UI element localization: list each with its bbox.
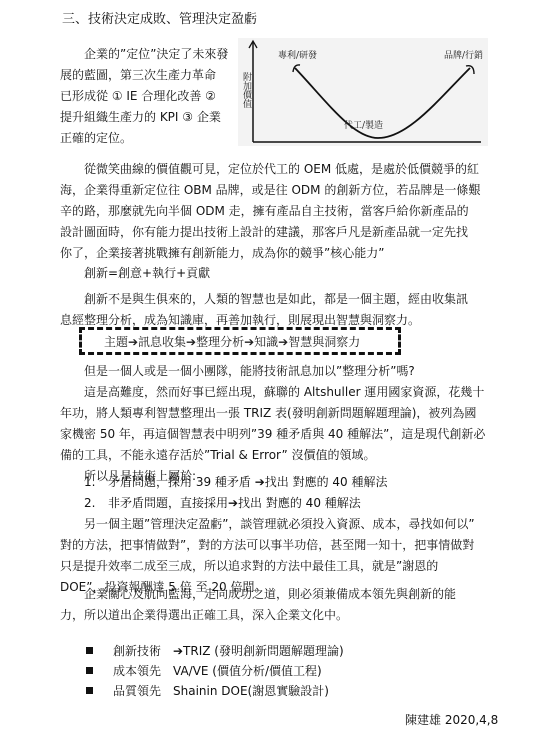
smile-curve-diagram: 附加價值 專利/研發 品牌/行銷 代工/製造 [238, 38, 488, 146]
list-item: 2.非矛盾問題，直接採用➔找出 對應的 40 種解法 [84, 493, 387, 514]
bullet-value: ➔TRIZ (發明創新問題解題理論) [173, 644, 344, 658]
document-page: 三、技術決定成敗、管理決定盈虧 企業的”定位”決定了未來發 展的藍圖，第三次生產… [0, 0, 541, 742]
bullet-value: VA/VE (價值分析/價值工程) [173, 664, 322, 678]
text-line: 海，企業得重新定位往 OBM 品牌，或是往 ODM 的創新方位，若品牌是一條艱 [60, 180, 480, 201]
text-line: 你了，企業接著挑戰擁有創新能力，成為你的競爭”核心能力” [60, 243, 480, 264]
bottom-label: 代工/製造 [344, 118, 383, 131]
bullet-label: 創新技術 [113, 641, 173, 661]
bullet-label: 品質領先 [113, 681, 173, 701]
text-line: 已形成從 ① IE 合理化改善 ② [60, 86, 235, 107]
section-title: 三、技術決定成敗、管理決定盈虧 [62, 11, 257, 29]
text-line: 設計圖面時，你有能力提出技術上設計的建議，那客戶凡是新產品就一定先找 [60, 222, 480, 243]
left-peak-label: 專利/研發 [278, 48, 317, 61]
paragraph-triz: 但是一個人或是一個小團隊，能將技術訊息加以”整理分析”嗎? 這是高難度，然而好事… [60, 361, 485, 487]
author-signature: 陳建雄 2020,4,8 [405, 712, 498, 728]
square-bullet-icon [86, 667, 93, 674]
text-line: 提升組織生產力的 KPI ③ 企業 [60, 107, 235, 128]
numbered-list: 1.矛盾問題，採用 39 種矛盾 ➔找出 對應的 40 種解法 2.非矛盾問題，… [84, 472, 387, 514]
text-line: 這是高難度，然而好事已經出現，蘇聯的 Altshuller 運用國家資源，花幾十 [60, 382, 485, 403]
intro-paragraph: 企業的”定位”決定了未來發 展的藍圖，第三次生產力革命 已形成從 ① IE 合理… [60, 44, 235, 149]
y-axis-label: 附加價值 [241, 72, 251, 108]
text-line: 但是一個人或是一個小團隊，能將技術訊息加以”整理分析”嗎? [60, 361, 485, 382]
bullet-value: Shainin DOE(謝恩實驗設計) [173, 684, 329, 698]
text-line: 企業關心及航向藍海，走向成功之道，則必須兼備成本領先與創新的能 [60, 584, 456, 605]
bullet-list: 創新技術➔TRIZ (發明創新問題解題理論) 成本領先VA/VE (價值分析/價… [86, 641, 344, 701]
text-line: 展的藍圖，第三次生產力革命 [60, 65, 235, 86]
bullet-label: 成本領先 [113, 661, 173, 681]
square-bullet-icon [86, 687, 93, 694]
bullet-item: 品質領先Shainin DOE(謝恩實驗設計) [86, 681, 344, 701]
bullet-item: 創新技術➔TRIZ (發明創新問題解題理論) [86, 641, 344, 661]
bullet-item: 成本領先VA/VE (價值分析/價值工程) [86, 661, 344, 681]
square-bullet-icon [86, 647, 93, 654]
text-line: 對的方法，把事情做對”，對的方法可以事半功倍，甚至聞一知十，把事情做對 [60, 535, 475, 556]
paragraph-innovation: 創新不是與生俱來的，人類的智慧也是如此，都是一個主題，經由收集訊 息經整理分析，… [60, 289, 468, 331]
text-line: 辛的路，那麼就先向半個 ODM 走，擁有產品自主技術，當客戶給你新產品的 [60, 201, 480, 222]
list-text: 非矛盾問題，直接採用➔找出 對應的 40 種解法 [108, 496, 361, 510]
flow-box: 主題➔訊息收集➔整理分析➔知識➔智慧與洞察力 [79, 327, 401, 355]
text-line: 只是提升效率二成至三成，所以追求對的方法中最佳工具，就是”謝恩的 [60, 556, 475, 577]
flow-text: 主題➔訊息收集➔整理分析➔知識➔智慧與洞察力 [104, 334, 360, 350]
text-line: 企業的”定位”決定了未來發 [60, 44, 235, 65]
text-line: 正確的定位。 [60, 128, 235, 149]
innovation-formula: 創新=創意+執行+貢獻 [84, 264, 210, 282]
text-line: 從微笑曲線的價值觀可見，定位於代工的 OEM 低處，是處於低價競爭的紅 [60, 159, 480, 180]
list-number: 1. [84, 472, 108, 493]
list-item: 1.矛盾問題，採用 39 種矛盾 ➔找出 對應的 40 種解法 [84, 472, 387, 493]
list-number: 2. [84, 493, 108, 514]
right-peak-label: 品牌/行銷 [444, 48, 483, 61]
text-line: 備的工具，不能永遠存活於”Trial & Error” 沒價值的領域。 [60, 445, 485, 466]
text-line: 年功，將人類專利智慧整理出一張 TRIZ 表(發明創新問題解題理論)，被列為國 [60, 403, 485, 424]
text-line: 家機密 50 年，再這個智慧表中明列”39 種矛盾與 40 種解法”，這是現代創… [60, 424, 485, 445]
paragraph-blue-ocean: 企業關心及航向藍海，走向成功之道，則必須兼備成本領先與創新的能 力，所以道出企業… [60, 584, 456, 626]
text-line: 另一個主題”管理決定盈虧”，談管理就必須投入資源、成本，尋找如何以” [60, 514, 475, 535]
text-line: 創新不是與生俱來的，人類的智慧也是如此，都是一個主題，經由收集訊 [60, 289, 468, 310]
text-line: 力，所以道出企業得選出正確工具，深入企業文化中。 [60, 605, 456, 626]
paragraph-smile-curve: 從微笑曲線的價值觀可見，定位於代工的 OEM 低處，是處於低價競爭的紅 海，企業… [60, 159, 480, 264]
list-text: 矛盾問題，採用 39 種矛盾 ➔找出 對應的 40 種解法 [108, 475, 387, 489]
